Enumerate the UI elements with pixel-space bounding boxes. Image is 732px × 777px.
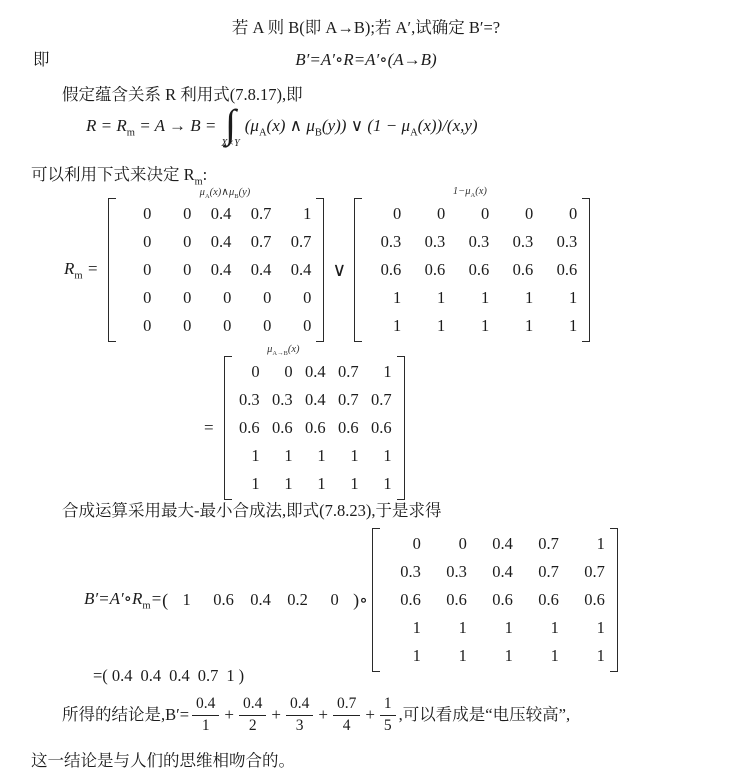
- matrix-row: 00000: [116, 312, 316, 340]
- left-bracket-icon: [372, 528, 380, 672]
- matrix-cell: 1: [298, 442, 331, 470]
- matrix-cell: 0.4: [472, 530, 518, 558]
- fraction: 0.43: [286, 695, 313, 735]
- matrix-cell: 0.3: [450, 228, 494, 256]
- matrix-cell: 1: [472, 642, 518, 670]
- fraction-numerator: 0.4: [192, 695, 219, 716]
- matrix-cell: 0.6: [494, 256, 538, 284]
- matrix-cell: 0.6: [472, 586, 518, 614]
- fraction-numerator: 0.4: [239, 695, 266, 716]
- vector-cell: 0.4: [242, 590, 279, 610]
- matrix-cell: 1: [450, 284, 494, 312]
- integral: ∫ X×Y: [221, 105, 239, 149]
- matrix-cell: 1: [265, 442, 298, 470]
- matrix-cell: 0: [265, 358, 298, 386]
- matrix-cell: 1: [232, 470, 265, 498]
- matrix-row: 000.40.71: [116, 200, 316, 228]
- matrix-cell: 0: [116, 228, 156, 256]
- matrix-cell: 0: [156, 200, 196, 228]
- vector-cell: 0.7: [194, 666, 223, 686]
- composition-matrix-body: 000.40.710.30.30.40.70.70.60.60.60.60.61…: [380, 528, 610, 672]
- textbook-page: 若 A 则 B(即 A→B);若 A′,试确定 B′=? 即 B′=A′∘R=A…: [0, 0, 732, 777]
- bprime-result-vector: 0.40.40.40.71: [108, 666, 239, 686]
- vector-cell: 1: [222, 666, 238, 686]
- vector-cell: 0.2: [279, 590, 316, 610]
- fraction-numerator: 0.4: [286, 695, 313, 716]
- matrix-cell: 0.4: [236, 256, 276, 284]
- matrix-cell: 1: [364, 442, 397, 470]
- matrix-cell: 0.7: [236, 200, 276, 228]
- matrix-cell: 1: [276, 200, 316, 228]
- plus-operator: +: [365, 705, 375, 725]
- implication-formula-lhs: R = Rm = A → B =: [86, 116, 216, 138]
- matrix-cell: 1: [362, 284, 406, 312]
- matrix-cell: 0.4: [472, 558, 518, 586]
- plus-operator: +: [271, 705, 281, 725]
- min-matrix-body: 000.40.71000.40.70.7000.40.40.4000000000…: [116, 198, 316, 342]
- aprime-vector: 10.60.40.20: [168, 590, 353, 610]
- vector-cell: 0: [316, 590, 353, 610]
- fraction-numerator: 0.7: [333, 695, 360, 716]
- matrix-row: 000.40.40.4: [116, 256, 316, 284]
- matrix-row: 00000: [116, 284, 316, 312]
- rm-result-matrix: μA→B(x) 000.40.710.30.30.40.70.70.60.60.…: [224, 356, 405, 500]
- matrix-cell: 0.3: [232, 386, 265, 414]
- right-bracket-icon: [582, 198, 590, 342]
- matrix-cell: 1: [564, 614, 610, 642]
- vector-cell: 0.4: [108, 666, 137, 686]
- vector-cell: 1: [168, 590, 205, 610]
- matrix-cell: 0.4: [196, 256, 236, 284]
- matrix-row: 11111: [232, 442, 397, 470]
- matrix-cell: 0.6: [564, 586, 610, 614]
- matrix-cell: 0.7: [364, 386, 397, 414]
- matrix-cell: 1: [518, 614, 564, 642]
- rm-result-equation: = μA→B(x) 000.40.710.30.30.40.70.70.60.6…: [204, 356, 407, 500]
- matrix-cell: 1: [406, 312, 450, 340]
- matrix-cell: 0.4: [298, 358, 331, 386]
- rm-result-matrix-label: μA→B(x): [267, 344, 299, 357]
- matrix-cell: 0.3: [426, 558, 472, 586]
- matrix-cell: 0.6: [518, 586, 564, 614]
- matrix-row: 000.40.71: [232, 358, 397, 386]
- matrix-cell: 0.7: [276, 228, 316, 256]
- matrix-cell: 0: [236, 312, 276, 340]
- matrix-cell: 1: [380, 614, 426, 642]
- matrix-cell: 1: [494, 284, 538, 312]
- not-matrix: 1−μA(x) 000000.30.30.30.30.30.60.60.60.6…: [354, 198, 590, 342]
- implication-relation-formula: R = Rm = A → B = ∫ X×Y (μA(x) ∧ μB(y)) ∨…: [86, 105, 478, 149]
- matrix-cell: 0: [276, 312, 316, 340]
- matrix-row: 11111: [362, 284, 582, 312]
- matrix-cell: 0: [156, 312, 196, 340]
- result-prefix: =(: [93, 666, 108, 686]
- matrix-cell: 1: [364, 470, 397, 498]
- matrix-cell: 1: [472, 614, 518, 642]
- matrix-cell: 0.3: [362, 228, 406, 256]
- matrix-cell: 0: [236, 284, 276, 312]
- matrix-cell: 0: [426, 530, 472, 558]
- matrix-row: 0.30.30.30.30.3: [362, 228, 582, 256]
- vector-cell: 0.6: [205, 590, 242, 610]
- result-suffix: ): [239, 666, 245, 686]
- bprime-computation: B′=A′∘Rm= ( 10.60.40.20 )∘ 000.40.710.30…: [84, 528, 620, 672]
- matrix-cell: 1: [362, 312, 406, 340]
- conclusion-prefix: 所得的结论是,B′=: [62, 704, 189, 726]
- matrix-cell: 0: [116, 312, 156, 340]
- matrix-cell: 0: [380, 530, 426, 558]
- matrix-cell: 0.7: [518, 558, 564, 586]
- matrix-cell: 0: [450, 200, 494, 228]
- matrix-cell: 0.6: [232, 414, 265, 442]
- matrix-cell: 0: [116, 200, 156, 228]
- matrix-cell: 1: [426, 614, 472, 642]
- matrix-cell: 0: [494, 200, 538, 228]
- matrix-cell: 1: [450, 312, 494, 340]
- matrix-cell: 1: [538, 312, 582, 340]
- matrix-cell: 1: [564, 642, 610, 670]
- matrix-cell: 0.3: [380, 558, 426, 586]
- matrix-cell: 0.6: [298, 414, 331, 442]
- matrix-cell: 0.4: [276, 256, 316, 284]
- matrix-row: 000.40.70.7: [116, 228, 316, 256]
- composition-matrix: 000.40.710.30.30.40.70.70.60.60.60.60.61…: [372, 528, 618, 672]
- rm-result-matrix-body: 000.40.710.30.30.40.70.70.60.60.60.60.61…: [232, 356, 397, 500]
- left-bracket-icon: [224, 356, 232, 500]
- matrix-cell: 0.6: [450, 256, 494, 284]
- matrix-cell: 1: [426, 642, 472, 670]
- right-bracket-icon: [397, 356, 405, 500]
- matrix-cell: 1: [406, 284, 450, 312]
- matrix-row: 11111: [232, 470, 397, 498]
- fraction-denominator: 5: [384, 716, 392, 736]
- vector-cell: 0.4: [136, 666, 165, 686]
- equals-sign: =: [204, 418, 214, 438]
- matrix-cell: 0: [362, 200, 406, 228]
- assumption-line: 假定蕴含关系 R 利用式(7.8.17),即: [62, 84, 303, 106]
- matrix-cell: 0: [276, 284, 316, 312]
- matrix-cell: 0: [156, 284, 196, 312]
- matrix-cell: 0.7: [518, 530, 564, 558]
- matrix-cell: 0: [232, 358, 265, 386]
- matrix-cell: 0.6: [426, 586, 472, 614]
- plus-operator: +: [224, 705, 234, 725]
- matrix-row: 000.40.71: [380, 530, 610, 558]
- matrix-cell: 0.6: [364, 414, 397, 442]
- plus-operator: +: [318, 705, 328, 725]
- matrix-cell: 0: [196, 284, 236, 312]
- matrix-cell: 0.3: [494, 228, 538, 256]
- min-matrix: μA(x)∧μB(y) 000.40.71000.40.70.7000.40.4…: [108, 198, 324, 342]
- fraction: 0.74: [333, 695, 360, 735]
- fuzzy-set-fractions: 0.41+0.42+0.43+0.74+15: [189, 695, 399, 735]
- matrix-cell: 0: [156, 256, 196, 284]
- matrix-cell: 1: [331, 470, 364, 498]
- matrix-cell: 0.4: [196, 228, 236, 256]
- close-paren-compose: )∘: [353, 590, 368, 611]
- conclusion-suffix: ,可以看成是“电压较高”,: [399, 704, 570, 726]
- matrix-cell: 0.3: [265, 386, 298, 414]
- matrix-row: 0.60.60.60.60.6: [362, 256, 582, 284]
- bprime-definition-formula: B′=A′∘R=A′∘(A→B): [0, 49, 732, 71]
- matrix-cell: 0: [196, 312, 236, 340]
- fraction: 0.42: [239, 695, 266, 735]
- not-matrix-label: 1−μA(x): [453, 186, 487, 199]
- matrix-cell: 1: [564, 530, 610, 558]
- matrix-cell: 0.7: [564, 558, 610, 586]
- left-bracket-icon: [108, 198, 116, 342]
- matrix-cell: 0.7: [331, 358, 364, 386]
- matrix-row: 0.60.60.60.60.6: [380, 586, 610, 614]
- rm-equation: Rm = μA(x)∧μB(y) 000.40.71000.40.70.7000…: [64, 198, 592, 342]
- vee-operator: ∨: [332, 259, 346, 282]
- decide-rm-line: 可以利用下式来决定 Rm:: [31, 164, 207, 193]
- matrix-cell: 0.3: [538, 228, 582, 256]
- problem-statement-line: 若 A 则 B(即 A→B);若 A′,试确定 B′=?: [0, 17, 732, 39]
- matrix-cell: 0.6: [265, 414, 298, 442]
- matrix-cell: 1: [518, 642, 564, 670]
- fraction: 0.41: [192, 695, 219, 735]
- matrix-cell: 1: [364, 358, 397, 386]
- matrix-cell: 1: [265, 470, 298, 498]
- min-matrix-label: μA(x)∧μB(y): [200, 186, 251, 200]
- matrix-row: 11111: [380, 614, 610, 642]
- integral-domain: X×Y: [221, 138, 239, 149]
- matrix-cell: 0.6: [406, 256, 450, 284]
- matrix-cell: 0.6: [380, 586, 426, 614]
- matrix-row: 00000: [362, 200, 582, 228]
- matrix-row: 11111: [362, 312, 582, 340]
- matrix-cell: 0: [538, 200, 582, 228]
- matrix-row: 0.30.30.40.70.7: [380, 558, 610, 586]
- matrix-cell: 0.7: [331, 386, 364, 414]
- fraction-denominator: 3: [296, 716, 304, 736]
- matrix-cell: 0.6: [331, 414, 364, 442]
- matrix-row: 0.30.30.40.70.7: [232, 386, 397, 414]
- matrix-row: 0.60.60.60.60.6: [232, 414, 397, 442]
- matrix-cell: 0.6: [538, 256, 582, 284]
- bprime-computation-lhs: B′=A′∘Rm=: [84, 589, 162, 611]
- final-remark-line: 这一结论是与人们的思维相吻合的。: [31, 750, 295, 772]
- matrix-cell: 1: [331, 442, 364, 470]
- not-matrix-body: 000000.30.30.30.30.30.60.60.60.60.611111…: [362, 198, 582, 342]
- matrix-cell: 0: [156, 228, 196, 256]
- matrix-cell: 0: [116, 284, 156, 312]
- fraction-denominator: 4: [343, 716, 351, 736]
- matrix-cell: 0.4: [298, 386, 331, 414]
- bprime-result: =( 0.40.40.40.71 ): [93, 666, 244, 686]
- matrix-cell: 0.3: [406, 228, 450, 256]
- composition-method-line: 合成运算采用最大-最小合成法,即式(7.8.23),于是求得: [62, 500, 441, 522]
- matrix-cell: 1: [494, 312, 538, 340]
- matrix-cell: 0.6: [362, 256, 406, 284]
- matrix-cell: 0.7: [236, 228, 276, 256]
- vector-cell: 0.4: [165, 666, 194, 686]
- matrix-cell: 1: [232, 442, 265, 470]
- right-bracket-icon: [316, 198, 324, 342]
- right-bracket-icon: [610, 528, 618, 672]
- matrix-cell: 1: [298, 470, 331, 498]
- left-bracket-icon: [354, 198, 362, 342]
- conclusion-line: 所得的结论是,B′= 0.41+0.42+0.43+0.74+15 ,可以看成是…: [62, 695, 570, 735]
- matrix-row: 11111: [380, 642, 610, 670]
- fraction-denominator: 1: [202, 716, 210, 736]
- matrix-cell: 0: [116, 256, 156, 284]
- matrix-cell: 0: [406, 200, 450, 228]
- rm-equation-lhs: Rm =: [64, 259, 98, 281]
- fraction-numerator: 1: [380, 695, 396, 716]
- matrix-cell: 1: [380, 642, 426, 670]
- matrix-cell: 0.4: [196, 200, 236, 228]
- fraction: 15: [380, 695, 396, 735]
- matrix-cell: 1: [538, 284, 582, 312]
- fraction-denominator: 2: [249, 716, 257, 736]
- implication-formula-rhs: (μA(x) ∧ μB(y)) ∨ (1 − μA(x))/(x,y): [245, 116, 478, 138]
